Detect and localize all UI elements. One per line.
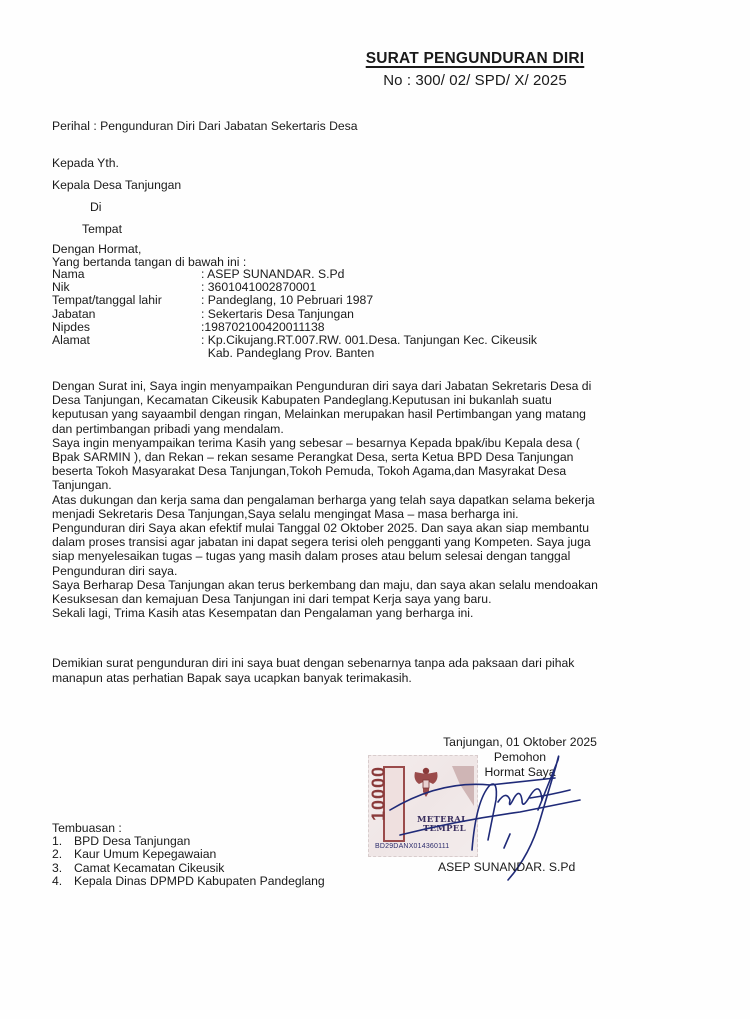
body-line: keputusan yang sayaambil dengan ringan, … xyxy=(52,407,682,421)
greeting: Dengan Hormat, xyxy=(52,242,141,256)
identity-row: Tempat/tanggal lahir: Pandeglang, 10 Peb… xyxy=(52,294,537,307)
identity-label: Jabatan xyxy=(52,308,201,321)
letter-number: No : 300/ 02/ SPD/ X/ 2025 xyxy=(200,72,750,89)
identity-row: Kab. Pandeglang Prov. Banten xyxy=(52,347,537,360)
letter-header: SURAT PENGUNDURAN DIRI No : 300/ 02/ SPD… xyxy=(0,50,750,89)
carbon-copy-item: 4.Kepala Dinas DPMPD Kabupaten Pandeglan… xyxy=(52,875,325,888)
stamp-value: 10000 xyxy=(369,756,390,832)
identity-label xyxy=(52,347,201,360)
sign-role: Pemohon xyxy=(440,750,600,764)
garuda-emblem-icon xyxy=(411,764,441,800)
carbon-copy-text: Kaur Umum Kepegawaian xyxy=(74,848,216,861)
identity-label: Nama xyxy=(52,268,201,281)
letter-subject: Perihal : Pengunduran Diri Dari Jabatan … xyxy=(52,119,358,133)
signature-block: Tanjungan, 01 Oktober 2025 Pemohon Horma… xyxy=(440,735,600,779)
identity-table: Nama: ASEP SUNANDAR. S.PdNik: 3601041002… xyxy=(52,268,537,360)
closing-line: Demikian surat pengunduran diri ini saya… xyxy=(52,656,574,671)
identity-value: : Pandeglang, 10 Pebruari 1987 xyxy=(201,294,373,307)
carbon-copy-number: 4. xyxy=(52,875,74,888)
body-line: Sekali lagi, Trima Kasih atas Kesempatan… xyxy=(52,606,682,620)
body-line: Bpak SARMIN ), dan Rekan – rekan sesame … xyxy=(52,450,682,464)
addressee-at: Di xyxy=(90,200,102,214)
closing-line: manapun atas perhatian Bapak saya ucapka… xyxy=(52,671,574,686)
body-line: Saya ingin menyampaikan terima Kasih yan… xyxy=(52,436,682,450)
body-line: menjadi Sekretaris Desa Tanjungan,Saya s… xyxy=(52,507,682,521)
letter-page: SURAT PENGUNDURAN DIRI No : 300/ 02/ SPD… xyxy=(0,0,750,1019)
carbon-copy-number: 3. xyxy=(52,862,74,875)
body-line: Dengan Surat ini, Saya ingin menyampaika… xyxy=(52,379,682,393)
carbon-copy-number: 2. xyxy=(52,848,74,861)
addressee-salutation: Kepada Yth. xyxy=(52,156,119,170)
carbon-copy-item: 2.Kaur Umum Kepegawaian xyxy=(52,848,325,861)
carbon-copy-list: Tembuasan : 1.BPD Desa Tanjungan2.Kaur U… xyxy=(52,822,325,888)
stamp-serial: BD29DANX014360111 xyxy=(375,843,449,850)
identity-row: Jabatan: Sekertaris Desa Tanjungan xyxy=(52,308,537,321)
body-line: Pengunduran diri Saya akan efektif mulai… xyxy=(52,521,682,535)
identity-label: Alamat xyxy=(52,334,201,347)
letter-body: Dengan Surat ini, Saya ingin menyampaika… xyxy=(52,379,682,620)
body-line: Kesuksesan dan kemajuan Desa Tanjungan i… xyxy=(52,592,682,606)
body-line: Desa Tanjungan, Kecamatan Cikeusik Kabup… xyxy=(52,393,682,407)
body-line: Saya Berharap Desa Tanjungan akan terus … xyxy=(52,578,682,592)
signatory-name: ASEP SUNANDAR. S.Pd xyxy=(438,860,575,874)
addressee-place: Tempat xyxy=(82,222,122,236)
body-line: beserta Tokoh Masyarakat Desa Tanjungan,… xyxy=(52,464,682,478)
carbon-copy-item: 3.Camat Kecamatan Cikeusik xyxy=(52,862,325,875)
stamp-label: METERAI TEMPEL xyxy=(417,816,466,834)
addressee-recipient: Kepala Desa Tanjungan xyxy=(52,178,181,192)
carbon-copy-text: Camat Kecamatan Cikeusik xyxy=(74,862,224,875)
body-line: siap menyelesaikan tugas – tugas yang ma… xyxy=(52,549,682,563)
identity-value: Kab. Pandeglang Prov. Banten xyxy=(201,347,374,360)
body-line: Tanjungan. xyxy=(52,478,682,492)
sign-place-date: Tanjungan, 01 Oktober 2025 xyxy=(440,735,600,749)
body-line: Pengunduran diri saya. xyxy=(52,564,682,578)
identity-value: : Sekertaris Desa Tanjungan xyxy=(201,308,354,321)
letter-closing: Demikian surat pengunduran diri ini saya… xyxy=(52,656,574,686)
letter-title: SURAT PENGUNDURAN DIRI xyxy=(366,50,585,68)
body-line: Atas dukungan dan kerja sama dan pengala… xyxy=(52,493,682,507)
stamp-label-line2: TEMPEL xyxy=(423,825,466,834)
sign-greeting: Hormat Saya xyxy=(440,765,600,779)
identity-label: Tempat/tanggal lahir xyxy=(52,294,201,307)
body-line: dalam proses transisi agar jabatan ini d… xyxy=(52,535,682,549)
carbon-copy-text: Kepala Dinas DPMPD Kabupaten Pandeglang xyxy=(74,875,325,888)
body-line: dan pertimbangan pribadi yang mendalam. xyxy=(52,422,682,436)
